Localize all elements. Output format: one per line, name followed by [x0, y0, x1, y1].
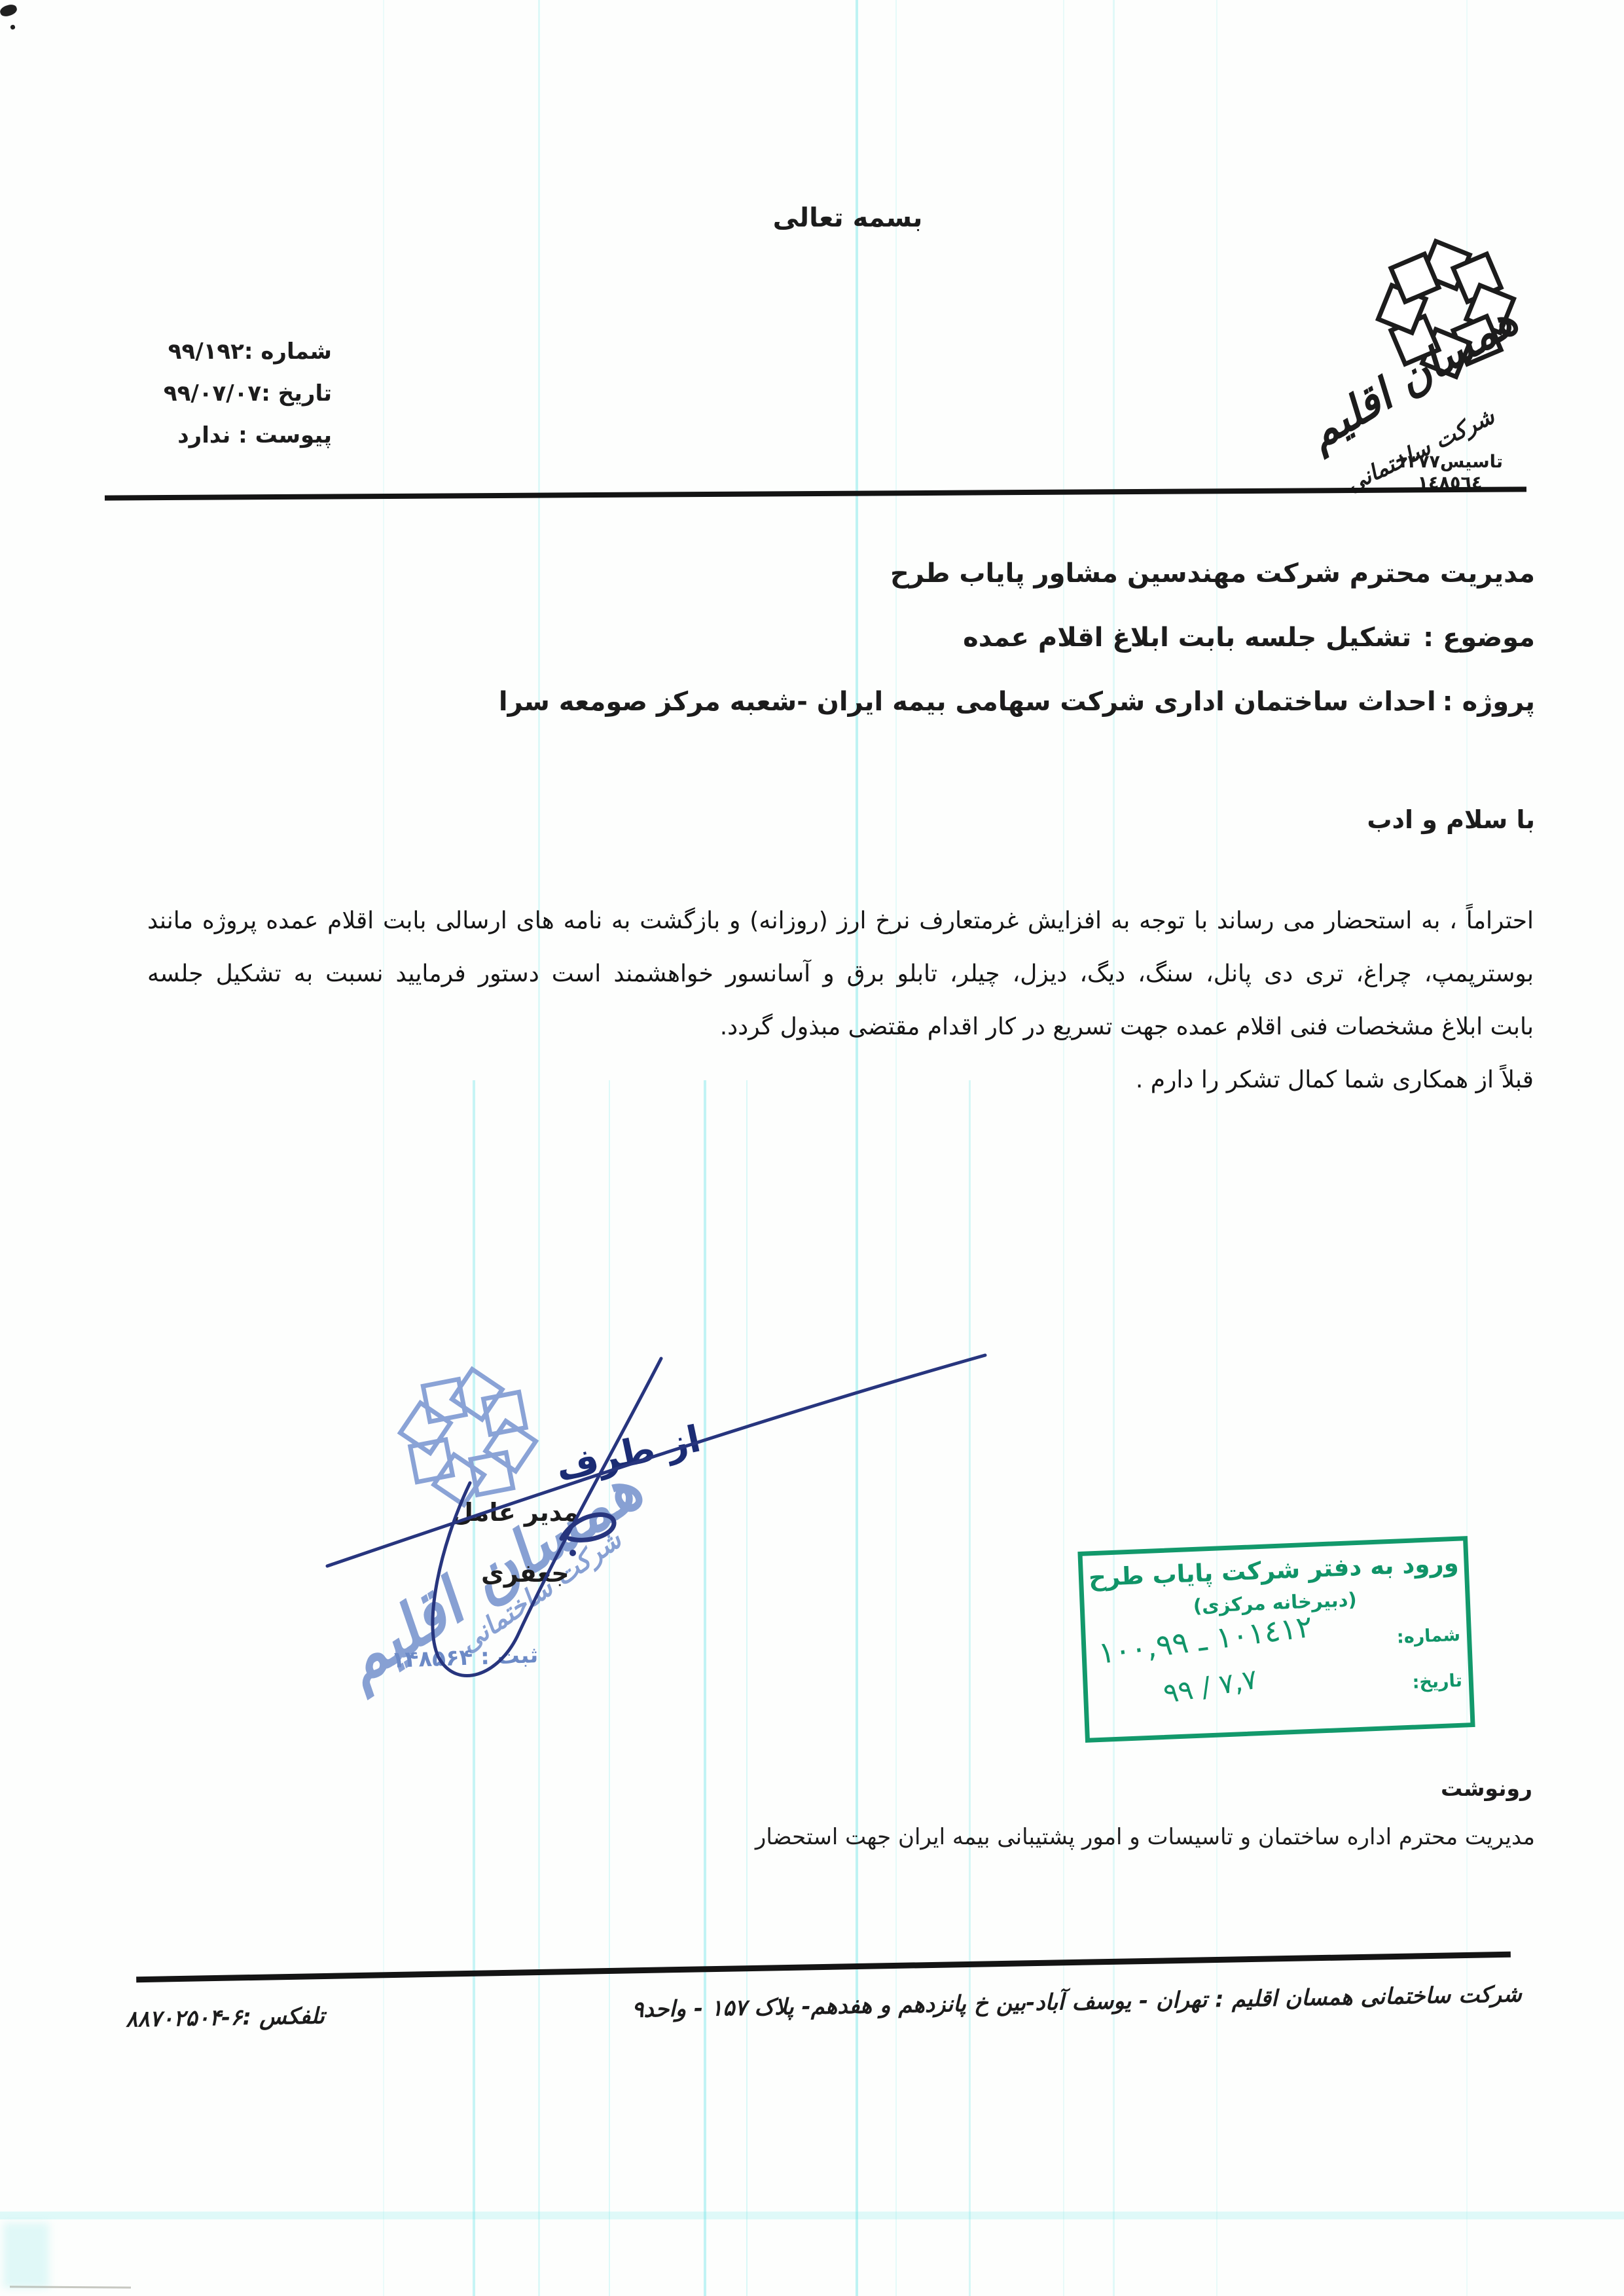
scan-streak: [856, 0, 858, 2296]
scan-streak: [1063, 0, 1064, 2296]
letter-attachment-label: پیوست :: [238, 422, 332, 448]
subject-label: موضوع :: [1423, 623, 1535, 653]
body-line: بابت ابلاغ مشخصات فنی اقلام عمده جهت تسر…: [147, 1000, 1534, 1053]
letter-attachment: پیوست : ندارد: [128, 414, 332, 456]
letter-number-value: ۹۹/۱۹۲: [168, 338, 244, 365]
body-line: قبلاً از همکاری شما کمال تشکر را دارم .: [147, 1053, 1534, 1106]
company-established-text: تاسیس۱۳۷۷: [1388, 452, 1512, 472]
letter-body: احتراماً ، به استحضار می رساند با توجه ب…: [147, 894, 1534, 1106]
received-stamp-title: ورود به دفتر شرکت پایاب طرح: [1083, 1548, 1464, 1592]
footer-company-address: شرکت ساختمانی همسان اقلیم : تهران - یوسف…: [632, 1981, 1522, 2023]
project-line: پروژه :احداث ساختمان اداری شرکت سهامی بی…: [499, 687, 1535, 717]
letter-date-label: تاریخ :: [261, 380, 332, 407]
scanned-letter-page: بسمه تعالی شماره :۹۹/۱۹۲ تاریخ :۹۹/۰۷/۰۷…: [0, 0, 1624, 2296]
header-divider-rule: [105, 486, 1526, 500]
bismillah-text: بسمه تعالی: [749, 203, 946, 233]
body-line: احتراماً ، به استحضار می رساند با توجه ب…: [147, 894, 1534, 947]
scan-corner-mark: [10, 24, 16, 30]
cc-recipient-line: مدیریت محترم اداره ساختمان و تاسیسات و ا…: [755, 1824, 1535, 1850]
scan-corner-blob: [3, 2223, 49, 2288]
scan-streak: [895, 0, 897, 2296]
cc-label: رونوشت: [1441, 1776, 1532, 1801]
scan-streak: [383, 0, 384, 2296]
subject-text: تشکیل جلسه بابت ابلاغ اقلام عمده: [963, 623, 1411, 653]
project-text: احداث ساختمان اداری شرکت سهامی بیمه ایرا…: [499, 687, 1436, 717]
scan-streak: [1113, 0, 1115, 2296]
letter-date-value: ۹۹/۰۷/۰۷: [164, 380, 261, 407]
recipient-line: مدیریت محترم شرکت مهندسین مشاور پایاب طر…: [890, 558, 1535, 589]
letter-date: تاریخ :۹۹/۰۷/۰۷: [128, 373, 332, 414]
footer-telefax: تلفکس :۶-۸۸۷۰۲۵۰۴: [126, 2003, 325, 2032]
scan-band: [0, 2212, 1624, 2219]
received-stamp: ورود به دفتر شرکت پایاب طرح (دبیرخانه مر…: [1077, 1536, 1475, 1743]
handwritten-signature-strokes: [281, 1322, 1015, 1702]
salutation-line: با سلام و ادب: [1367, 805, 1535, 834]
scan-corner-mark: [0, 3, 18, 18]
received-stamp-date-label: تاریخ:: [1412, 1671, 1462, 1693]
received-stamp-date-handwriting: ۷,۷ / ۹۹: [1161, 1663, 1259, 1710]
letter-meta-block: شماره :۹۹/۱۹۲ تاریخ :۹۹/۰۷/۰۷ پیوست : ند…: [128, 331, 332, 456]
project-label: پروژه :: [1443, 687, 1535, 717]
letter-number-label: شماره :: [244, 338, 332, 365]
scan-streak: [1216, 0, 1218, 2296]
subject-line: موضوع :تشکیل جلسه بابت ابلاغ اقلام عمده: [963, 623, 1535, 653]
received-stamp-number-label: شماره:: [1396, 1625, 1460, 1648]
footer-divider-rule: [136, 1952, 1511, 1982]
letter-number: شماره :۹۹/۱۹۲: [128, 331, 332, 373]
scan-streak: [538, 0, 540, 2296]
letter-attachment-value: ندارد: [177, 422, 230, 448]
body-line: بوسترپمپ، چراغ، تری دی پانل، سنگ، دیگ، د…: [147, 947, 1534, 1000]
scan-corner-line: [10, 2286, 131, 2288]
